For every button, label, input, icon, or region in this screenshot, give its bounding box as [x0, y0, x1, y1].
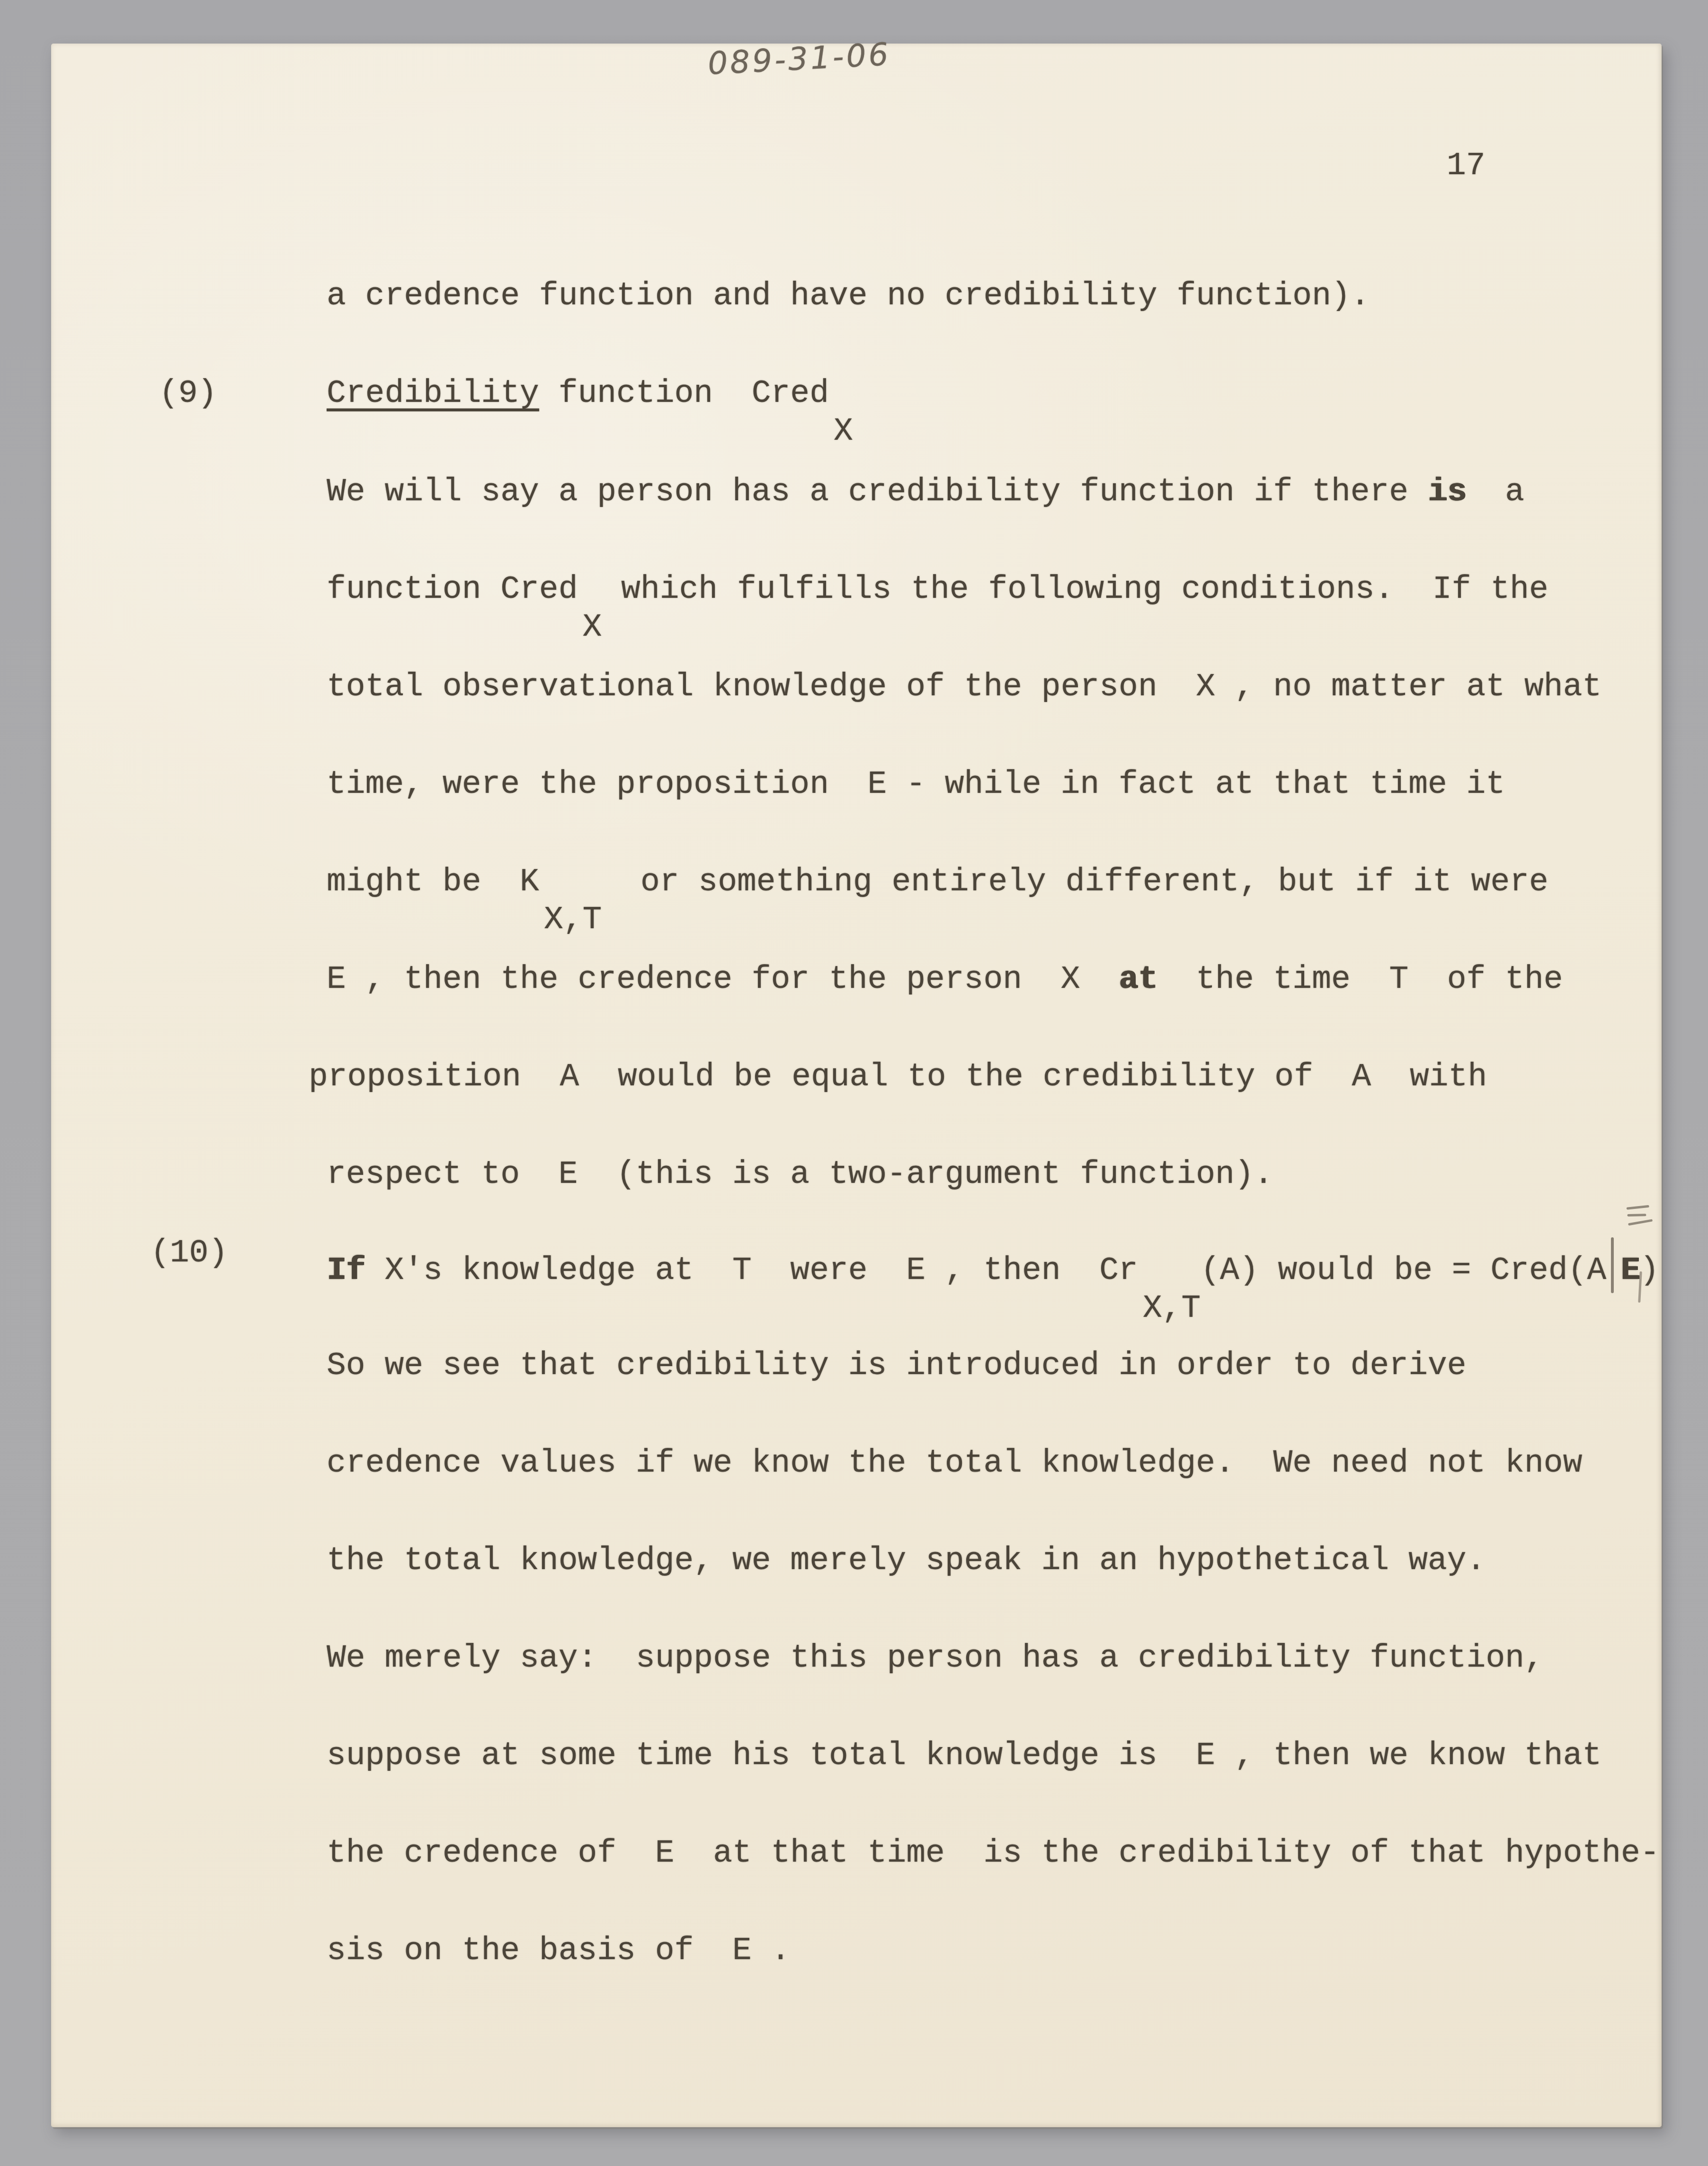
page-number: 17: [1447, 148, 1486, 184]
typed-text: So we see that credibility is introduced…: [327, 1348, 1467, 1384]
item-marker-10: (10): [151, 1237, 228, 1269]
typed-text: respect to E (this is a two-argument fun…: [327, 1156, 1273, 1193]
typed-line: sis on the basis of E .: [327, 1935, 790, 1967]
typed-text: might be K: [327, 864, 539, 900]
typed-text: is: [1428, 474, 1467, 510]
typed-text: Credibility: [327, 375, 539, 412]
typed-text: total observational knowledge of the per…: [327, 669, 1601, 705]
typed-text: We merely say: suppose this person has a…: [327, 1640, 1544, 1677]
typed-text: ): [1640, 1252, 1659, 1289]
subscript-text: X: [583, 612, 602, 644]
typed-line: might be KX,T or something entirely diff…: [327, 866, 1548, 898]
typed-text: or something entirely different, but if …: [602, 864, 1548, 900]
typed-text: E , then the credence for the person X: [327, 961, 1119, 998]
typed-text: (10): [151, 1235, 228, 1271]
typed-text: sis on the basis of E .: [327, 1933, 790, 1969]
typed-text: the time T of the: [1157, 961, 1563, 998]
typed-text: a: [1467, 474, 1524, 510]
typed-line: suppose at some time his total knowledge…: [327, 1740, 1601, 1772]
typed-line: credence values if we know the total kno…: [327, 1447, 1582, 1480]
typed-line: total observational knowledge of the per…: [327, 671, 1601, 703]
typed-line: proposition A would be equal to the cred…: [309, 1061, 1487, 1093]
subscript-text: X,T: [544, 904, 602, 936]
pencil-stroke: [1628, 1219, 1653, 1225]
typed-line: E , then the credence for the person X a…: [327, 964, 1563, 996]
typed-line: the total knowledge, we merely speak in …: [327, 1545, 1486, 1577]
typed-text: which fulfills the following conditions.…: [602, 571, 1548, 608]
typed-line: time, were the proposition E - while in …: [327, 769, 1505, 801]
pencil-stroke: [1627, 1214, 1646, 1216]
typed-text: (A) would be = Cred(A: [1201, 1252, 1606, 1289]
typed-text: a credence function and have no credibil…: [327, 278, 1370, 314]
typed-text: (9): [159, 375, 217, 412]
typed-text: at: [1119, 961, 1157, 998]
typed-line: So we see that credibility is introduced…: [327, 1350, 1467, 1382]
typed-line: We will say a person has a credibility f…: [327, 476, 1524, 508]
typed-text: If: [327, 1252, 365, 1289]
typed-line: respect to E (this is a two-argument fun…: [327, 1159, 1273, 1191]
subscript-text: X: [834, 416, 853, 448]
typed-line: We merely say: suppose this person has a…: [327, 1642, 1544, 1675]
pencil-insertion-bar: |: [1611, 1237, 1614, 1293]
heading-credibility-function: Credibility function CredX: [327, 378, 853, 410]
typed-text: the credence of E at that time is the cr…: [327, 1835, 1660, 1872]
typed-text: credence values if we know the total kno…: [327, 1445, 1582, 1482]
typed-line: a credence function and have no credibil…: [327, 280, 1370, 312]
typed-text: proposition A would be equal to the cred…: [309, 1059, 1487, 1095]
typed-text: X's knowledge at T were E , then Cr: [365, 1252, 1138, 1289]
subscript-text: X,T: [1143, 1293, 1201, 1325]
pencil-scribble-mark: [1627, 1205, 1654, 1230]
typed-line-formula: If X's knowledge at T were E , then CrX,…: [327, 1237, 1659, 1293]
typed-text: function Cred: [327, 571, 578, 608]
typed-line: the credence of E at that time is the cr…: [327, 1838, 1660, 1870]
typed-text: E: [1620, 1252, 1640, 1289]
typed-text: We will say a person has a credibility f…: [327, 474, 1428, 510]
typed-text: the total knowledge, we merely speak in …: [327, 1543, 1486, 1579]
typed-line: function CredX which fulfills the follow…: [327, 574, 1548, 606]
typed-text: suppose at some time his total knowledge…: [327, 1738, 1601, 1774]
typed-text: function Cred: [539, 375, 829, 412]
typed-text: time, were the proposition E - while in …: [327, 766, 1505, 803]
item-marker-9: (9): [159, 378, 217, 410]
